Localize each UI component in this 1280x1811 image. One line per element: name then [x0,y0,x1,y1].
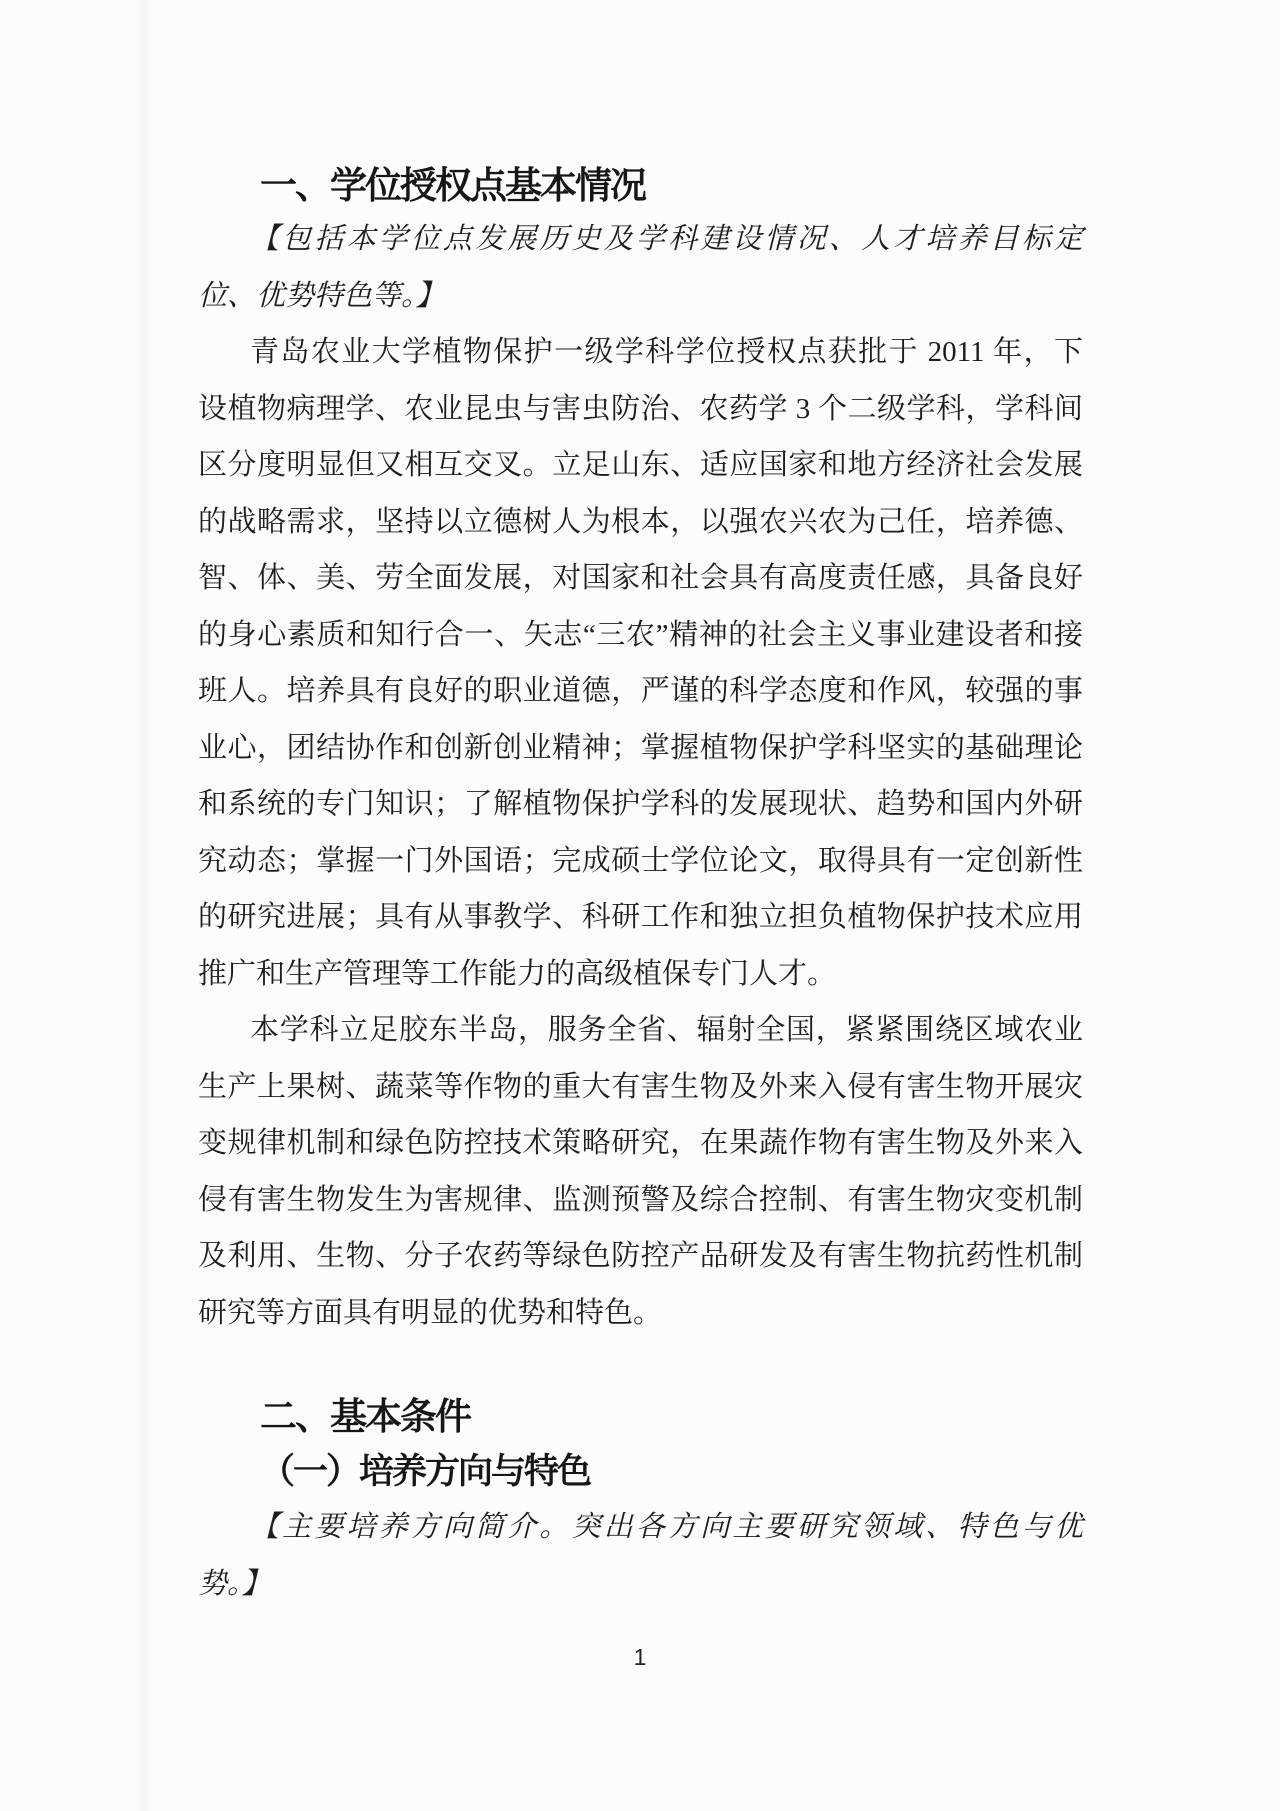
section2-heading: 二、基本条件 [198,1398,1083,1435]
section2-bracket-note: 【主要培养方向简介。突出各方向主要研究领域、特色与优势。】 [198,1499,1083,1612]
text-line: 的研究进展；具有从事教学、科研工作和独立担负植物保护技术应用 [198,889,1083,946]
page-content: 一、学位授权点基本情况 【包括本学位点发展历史及学科建设情况、人才培养目标定位、… [198,0,1083,1612]
text-line: 班人。培养具有良好的职业道德，严谨的科学态度和作风，较强的事 [198,663,1083,720]
text-line: 业心，团结协作和创新创业精神；掌握植物保护学科坚实的基础理论 [198,720,1083,777]
text-line: 侵有害生物发生为害规律、监测预警及综合控制、有害生物灾变机制 [198,1172,1083,1229]
text-line: 和系统的专门知识；了解植物保护学科的发展现状、趋势和国内外研 [198,776,1083,833]
text-line: 变规律机制和绿色防控技术策略研究，在果蔬作物有害生物及外来入 [198,1115,1083,1172]
text-line: 青岛农业大学植物保护一级学科学位授权点获批于 2011 年，下 [198,324,1083,381]
text-line: 智、体、美、劳全面发展，对国家和社会具有高度责任感，具备良好 [198,550,1083,607]
text-line: 本学科立足胶东半岛，服务全省、辐射全国，紧紧围绕区域农业 [198,1002,1083,1059]
text-line: 及利用、生物、分子农药等绿色防控产品研发及有害生物抗药性机制 [198,1228,1083,1285]
section2-subheading: （一）培养方向与特色 [198,1454,1083,1490]
text-line: 位、优势特色等。】 [198,268,1083,325]
text-line: 【包括本学位点发展历史及学科建设情况、人才培养目标定 [198,211,1083,268]
section1-paragraph-2: 本学科立足胶东半岛，服务全省、辐射全国，紧紧围绕区域农业生产上果树、蔬菜等作物的… [198,1002,1083,1341]
page-number: 1 [0,1645,1280,1670]
text-line: 究动态；掌握一门外国语；完成硕士学位论文，取得具有一定创新性 [198,833,1083,890]
text-line: 势。】 [198,1556,1083,1613]
scan-artifact [136,0,152,1811]
document-page: 一、学位授权点基本情况 【包括本学位点发展历史及学科建设情况、人才培养目标定位、… [0,0,1280,1811]
text-line: 推广和生产管理等工作能力的高级植保专门人才。 [198,946,1083,1003]
text-line: 设植物病理学、农业昆虫与害虫防治、农药学 3 个二级学科，学科间 [198,381,1083,438]
section1-bracket-note: 【包括本学位点发展历史及学科建设情况、人才培养目标定位、优势特色等。】 [198,211,1083,324]
section1-paragraph-1: 青岛农业大学植物保护一级学科学位授权点获批于 2011 年，下设植物病理学、农业… [198,324,1083,1002]
text-line: 【主要培养方向简介。突出各方向主要研究领域、特色与优 [198,1499,1083,1556]
text-line: 区分度明显但又相互交叉。立足山东、适应国家和地方经济社会发展 [198,437,1083,494]
text-line: 的战略需求，坚持以立德树人为根本，以强农兴农为己任，培养德、 [198,494,1083,551]
section1-heading: 一、学位授权点基本情况 [198,167,1083,204]
text-line: 生产上果树、蔬菜等作物的重大有害生物及外来入侵有害生物开展灾 [198,1059,1083,1116]
text-line: 的身心素质和知行合一、矢志“三农”精神的社会主义事业建设者和接 [198,607,1083,664]
text-line: 研究等方面具有明显的优势和特色。 [198,1285,1083,1342]
